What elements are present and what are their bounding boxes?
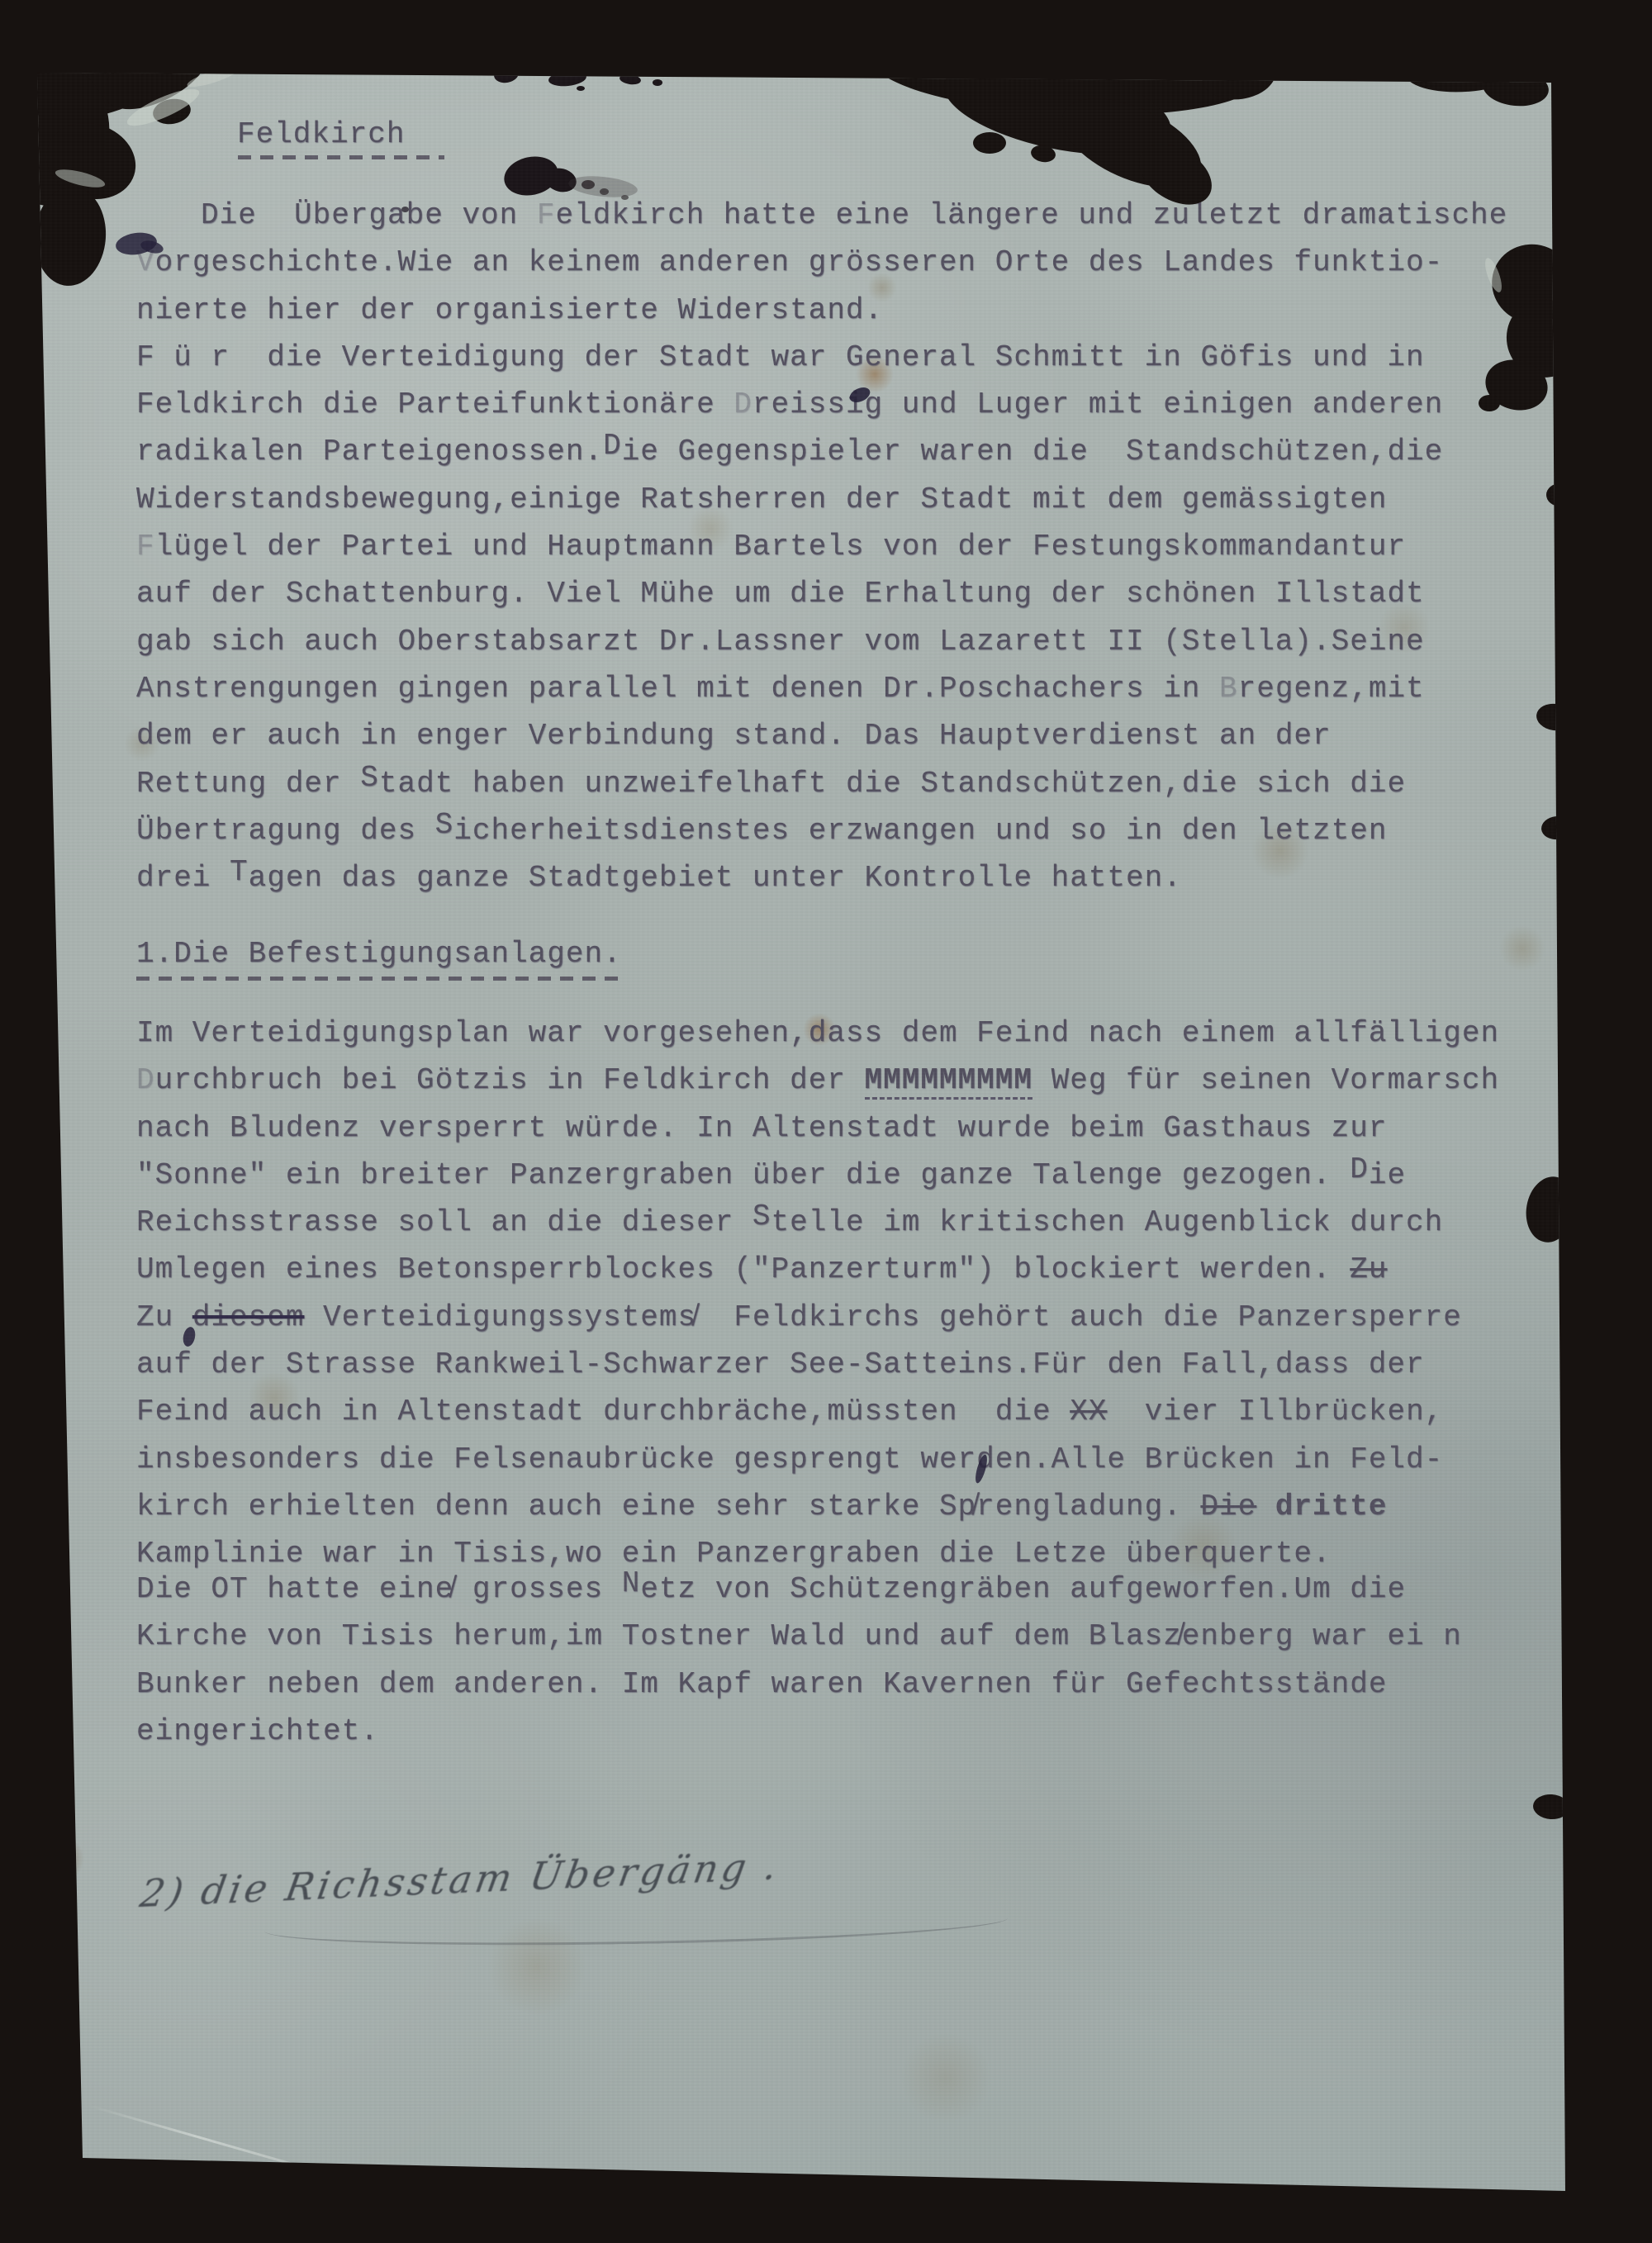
typed-line: Zu diesem Verteidigungssystems̸ Feldkirc… (136, 1294, 1499, 1341)
typed-line: Übertragung des Sicherheitsdienstes erzw… (136, 807, 1507, 854)
photographed-document-page: Feldkirch Die Übergabe von Feldkirch hat… (0, 0, 1652, 2243)
typed-line: dem er auch in enger Verbindung stand. D… (136, 712, 1507, 759)
stain-spot (900, 2032, 991, 2123)
torn-edge-nick (1535, 701, 1574, 733)
ink-spatter (577, 86, 585, 91)
closing-paragraph: Die OT hatte eine̸ grosses Netz von Schü… (136, 1566, 1462, 1755)
typed-line: Rettung der Stadt haben unzweifelhaft di… (136, 760, 1507, 807)
ink-spatter (653, 79, 662, 86)
typed-line: gab sich auch Oberstabsarzt Dr.Lassner v… (136, 618, 1507, 665)
ink-spatter (596, 68, 610, 76)
typed-line: Anstrengungen gingen parallel mit denen … (136, 665, 1507, 712)
ink-spatter (492, 64, 520, 85)
typed-line: Feind auch in Altenstadt durchbräche,müs… (136, 1388, 1499, 1435)
typed-line: Bunker neben dem anderen. Im Kapf waren … (136, 1661, 1462, 1708)
title-underline (238, 155, 444, 159)
typed-line: Durchbruch bei Götzis in Feldkirch der M… (136, 1057, 1499, 1104)
typed-line: radikalen Parteigenossen.Die Gegenspiele… (136, 428, 1507, 475)
typed-line: eingerichtet. (136, 1708, 1462, 1755)
intro-paragraph: Die Übergabe von Feldkirch hatte eine lä… (136, 192, 1507, 901)
typed-line: auf der Schattenburg. Viel Mühe um die E… (136, 570, 1507, 617)
stain-spot (1499, 925, 1545, 972)
torn-edge-blot (1481, 66, 1550, 109)
typed-line: Umlegen eines Betonsperrblockes ("Panzer… (136, 1246, 1499, 1293)
handwritten-note-underline (264, 1898, 1009, 1951)
typed-line: kirch erhielten denn auch eine sehr star… (136, 1483, 1499, 1530)
typed-line: Reichsstrasse soll an die dieser Stelle … (136, 1199, 1499, 1246)
typed-line: F ü r die Verteidigung der Stadt war Gen… (136, 334, 1507, 381)
typed-line: Feldkirch die Parteifunktionäre Dreissig… (136, 381, 1507, 428)
torn-edge-nick (1540, 815, 1574, 841)
typed-line: drei Tagen das ganze Stadtgebiet unter K… (136, 854, 1507, 901)
typed-line: Widerstandsbewegung,einige Ratsherren de… (136, 476, 1507, 523)
torn-edge-blot (1479, 395, 1500, 411)
torn-edge-nick (1532, 1794, 1570, 1821)
typed-line: Vorgeschichte.Wie an keinem anderen grös… (136, 239, 1507, 286)
ink-spatter (619, 73, 641, 86)
typed-line: nierte hier der organisierte Widerstand. (136, 287, 1507, 334)
torn-edge-nick (1521, 1173, 1579, 1247)
torn-edge-nick (1546, 483, 1574, 506)
typed-line: Die Übergabe von Feldkirch hatte eine lä… (136, 192, 1507, 239)
section-heading: 1.Die Befestigungsanlagen. (136, 930, 622, 977)
ink-spatter (401, 207, 409, 212)
paper-sheet: Feldkirch Die Übergabe von Feldkirch hat… (0, 0, 1652, 2243)
typed-line: nach Bludenz versperrt würde. In Altenst… (136, 1105, 1499, 1152)
ink-spatter (973, 132, 1006, 154)
typed-line: insbesonders die Felsenaubrücke gespreng… (136, 1436, 1499, 1483)
section1-paragraph: Im Verteidigungsplan war vorgesehen,dass… (136, 1010, 1499, 1578)
typed-line: Im Verteidigungsplan war vorgesehen,dass… (136, 1010, 1499, 1057)
typed-line: Kirche von Tisis herum,im Tostner Wald u… (136, 1613, 1462, 1660)
document-title: Feldkirch (237, 111, 405, 158)
typed-line: Die OT hatte eine̸ grosses Netz von Schü… (136, 1566, 1462, 1613)
stain-spot (38, 1836, 84, 1882)
paper-crease (91, 2105, 417, 2201)
typed-line: "Sonne" ein breiter Panzergraben über di… (136, 1152, 1499, 1199)
section-heading-underline (136, 977, 625, 981)
typed-line: Flügel der Partei und Hauptmann Bartels … (136, 523, 1507, 570)
ink-spatter (548, 69, 587, 88)
ink-spatter (529, 61, 544, 71)
ink-spatter (1183, 187, 1204, 200)
typed-line: auf der Strasse Rankweil-Schwarzer See-S… (136, 1341, 1499, 1388)
